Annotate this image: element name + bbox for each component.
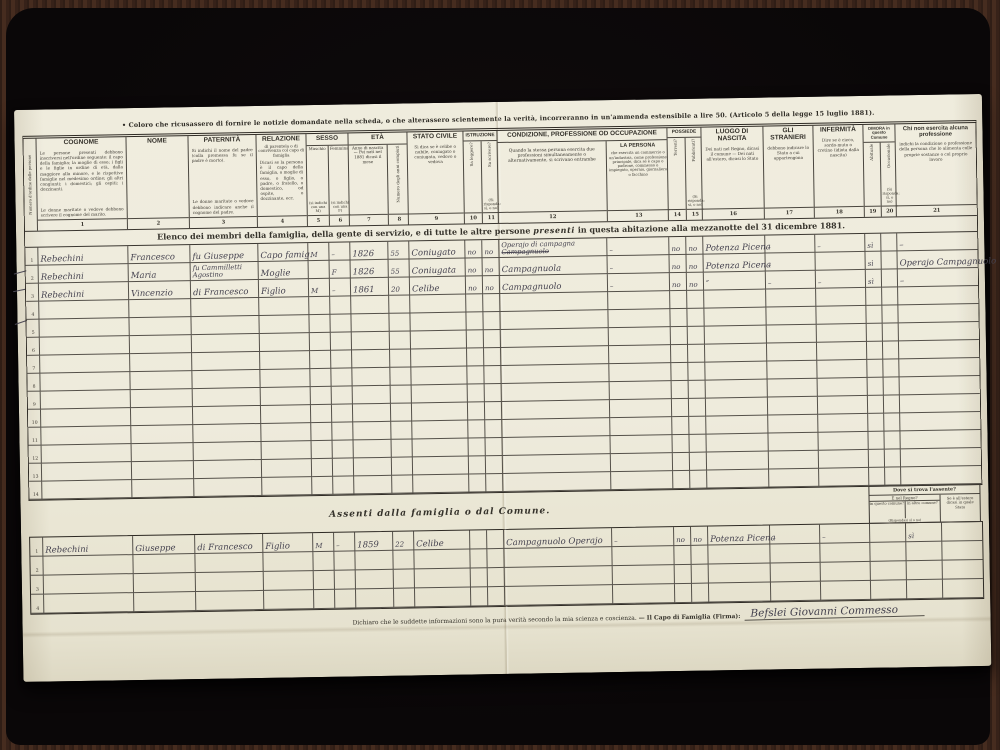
cell-f: [332, 404, 353, 422]
cell-anno: [353, 404, 391, 423]
cell-occ: [884, 377, 900, 395]
cell-anno: [353, 422, 391, 441]
cell-fabb: [690, 453, 707, 471]
cell-relazione: Figlio: [259, 279, 309, 298]
cell-anno: [354, 476, 392, 495]
col-chi-non-esercita: Chi non esercita alcuna professione indi…: [895, 123, 977, 216]
cell-stran: [771, 563, 821, 583]
cell-paternita: [193, 388, 261, 407]
cell-persona: [613, 565, 675, 585]
cell-paternita: [196, 591, 264, 611]
cell-abit: [869, 468, 885, 486]
cell-n: 5: [26, 320, 39, 338]
cell-abit: [866, 306, 882, 324]
cell-luogo: [707, 470, 769, 489]
cell-occ: [881, 251, 897, 269]
cell-abit: [869, 450, 885, 468]
cell-fabb: [690, 471, 707, 489]
cell-dove3: [942, 522, 982, 542]
cell-paternita: [193, 424, 261, 443]
cell-relazione: [261, 405, 311, 424]
cell-legge: no: [466, 276, 483, 294]
cell-nome: [131, 407, 193, 426]
col-group-condizione: CONDIZIONE, PROFESSIONE OD OCCUPAZIONE Q…: [497, 128, 669, 223]
col-terreni: Terreni? 14: [668, 138, 687, 220]
cell-persona: [609, 327, 671, 346]
cell-stato: [413, 457, 469, 476]
cell-nome: [134, 573, 196, 593]
cell-relazione: [262, 441, 312, 460]
cell-stato: Coniugato: [409, 241, 465, 260]
cell-anno: 1826: [350, 242, 388, 261]
col-luogo-nascita: LUOGO DI NASCITA Dei nati nel Regno, dic…: [701, 127, 765, 220]
cell-fabb: [692, 584, 709, 603]
cell-scrive: [486, 456, 503, 474]
cell-m: [310, 369, 331, 387]
cell-legge: [466, 294, 483, 312]
cell-scrive: [486, 474, 503, 492]
cell-f: [332, 386, 353, 404]
cell-inf: [818, 432, 868, 451]
cell-cognome: [42, 462, 132, 481]
cell-persona: [608, 309, 670, 328]
cell-chinon: [900, 376, 980, 395]
cell-fabb: [687, 291, 704, 309]
cell-stran: –: [770, 525, 820, 545]
cell-luogo: [704, 308, 766, 327]
cell-fabb: [689, 417, 706, 435]
cell-cognome: Rebechini: [43, 536, 133, 556]
cell-relazione: [262, 459, 312, 478]
cell-chinon: [899, 340, 979, 359]
cell-inf: [815, 252, 865, 271]
cell-f: [331, 332, 352, 350]
cell-abit: sì: [866, 270, 882, 288]
col-group-istruzione: ISTRUZIONE Sa leggere? 10 Sa scrivere? (…: [463, 131, 499, 224]
cell-cond: Operajo di campagnaCampagnuolo: [499, 238, 607, 258]
cell-relazione: [260, 351, 310, 370]
cell-fabb: [689, 399, 706, 417]
cell-abit: [868, 432, 884, 450]
cell-occ: [884, 413, 900, 431]
cell-f: –: [329, 242, 350, 260]
cell-scrive: [487, 549, 504, 568]
cell-stato: [411, 367, 467, 386]
cell-fabb: no: [687, 273, 704, 291]
cell-inf: [818, 414, 868, 433]
absent-rows: 1RebechiniGiuseppedi FrancescoFiglioM–18…: [30, 522, 983, 614]
cell-stato: [415, 587, 471, 607]
cell-paternita: [192, 334, 260, 353]
cell-paternita: di Francesco: [195, 534, 263, 554]
cell-anni: [390, 349, 411, 367]
cell-persona: –: [607, 237, 669, 256]
cell-cognome: [43, 555, 133, 575]
cell-n: 1: [30, 538, 43, 557]
cell-inf: –: [816, 270, 866, 289]
cell-nome: [131, 425, 193, 444]
cell-terreni: [675, 584, 692, 603]
cell-relazione: [260, 333, 310, 352]
cell-nome: Francesco: [128, 245, 190, 264]
cell-inf: [819, 468, 869, 487]
cell-abit: sì: [865, 234, 881, 252]
cell-relazione: [262, 477, 312, 496]
cell-anni: 22: [393, 531, 414, 550]
cell-nome: Maria: [129, 263, 191, 282]
col-abituale: Abituale 19: [864, 143, 882, 217]
cell-relazione: [260, 369, 310, 388]
cell-scrive: [487, 530, 504, 549]
cell-n: 2: [26, 266, 39, 284]
cell-anni: [394, 569, 415, 588]
cell-cognome: Rebechini: [38, 246, 128, 265]
cell-stran: [767, 325, 817, 344]
cell-inf: [818, 378, 868, 397]
cell-n: 10: [28, 410, 41, 428]
cell-anni: [390, 367, 411, 385]
cell-terreni: [670, 291, 687, 309]
cell-scrive: [483, 312, 500, 330]
cell-luogo: Potenza Picena: [708, 526, 770, 546]
cell-m: [311, 423, 332, 441]
cell-n: 13: [29, 464, 42, 482]
cell-inf: –: [820, 524, 870, 544]
cell-abit: [867, 324, 883, 342]
col-group-possiede: POSSIEDE Terreni? 14 Fabbricati? (Si ris…: [667, 128, 703, 221]
cell-persona: [611, 453, 673, 472]
cell-cond: [501, 328, 609, 348]
cell-terreni: [672, 399, 689, 417]
cell-fabb: [691, 546, 708, 565]
col-group-eta: ETÀ Anno di nascita — Pei nati nel 1881 …: [348, 132, 409, 225]
cell-chinon: [898, 286, 978, 305]
cell-fabb: [692, 565, 709, 584]
cell-relazione: Capo famig.: [258, 243, 308, 262]
cell-persona: –: [608, 255, 670, 274]
cell-abit: sì: [865, 252, 881, 270]
cell-cond: [504, 547, 612, 568]
cell-abit: [868, 378, 884, 396]
cell-stran: [767, 361, 817, 380]
cell-paternita: [194, 442, 262, 461]
cell-scrive: [483, 294, 500, 312]
cell-luogo: [709, 564, 771, 584]
cell-legge: [470, 549, 487, 568]
cell-chinon: –: [897, 232, 977, 251]
cell-nome: Giuseppe: [133, 535, 195, 555]
col-femmina: Femmina (si indichi con una F) 6: [329, 145, 351, 226]
cell-anni: 55: [389, 259, 410, 277]
col-infermita: INFERMITÀ Dire se è cieco, sordo-muto o …: [813, 125, 865, 218]
cell-n: 7: [27, 356, 40, 374]
cell-m: [309, 315, 330, 333]
cell-occ: [882, 269, 898, 287]
cell-stato: [412, 403, 468, 422]
cell-occ: [883, 359, 899, 377]
cell-paternita: [191, 316, 259, 335]
cell-anno: [352, 350, 390, 369]
cell-cognome: [40, 336, 130, 355]
cell-inf: [821, 581, 871, 601]
cell-cond: [505, 585, 613, 606]
cell-paternita: fu Giuseppe: [190, 244, 258, 263]
cell-dove2: sì: [906, 523, 942, 543]
cell-chinon: [901, 466, 981, 485]
cell-scrive: [484, 330, 501, 348]
cell-luogo: [706, 398, 768, 417]
cell-cognome: [40, 372, 130, 391]
cell-stran: [768, 379, 818, 398]
cell-occ: [885, 467, 901, 485]
cell-n: 11: [28, 428, 41, 446]
cell-terreni: [672, 435, 689, 453]
col-sa-leggere: Sa leggere? 10: [464, 141, 483, 223]
cell-stran: [766, 307, 816, 326]
cell-f: [335, 589, 356, 608]
cell-anno: [356, 570, 394, 590]
cell-chinon: Operajo Campagnuolo: [897, 250, 977, 269]
cell-cond: [501, 346, 609, 366]
cell-m: [314, 590, 335, 609]
cell-inf: [817, 342, 867, 361]
cell-m: M: [313, 533, 334, 552]
cell-anno: [352, 368, 390, 387]
cell-cognome: [40, 354, 130, 373]
cell-m: [312, 477, 333, 495]
cell-f: [331, 350, 352, 368]
cell-paternita: di Francesco: [191, 280, 259, 299]
cell-terreni: no: [670, 273, 687, 291]
cell-terreni: no: [669, 255, 686, 273]
cell-inf: [819, 450, 869, 469]
absent-table: 1RebechiniGiuseppedi FrancescoFiglioM–18…: [29, 521, 984, 615]
cell-m: [313, 552, 334, 571]
cell-legge: [469, 438, 486, 456]
cell-stran: [771, 582, 821, 602]
col-anni-compiuti: Numero degli anni compiuti 8: [388, 144, 410, 225]
col-condizione-note: Quando la stessa persona esercita due pr…: [498, 141, 608, 223]
cell-m: [309, 261, 330, 279]
cell-anni: [392, 475, 413, 493]
cell-nome: [132, 479, 194, 498]
cell-persona: [609, 363, 671, 382]
cell-anno: [354, 458, 392, 477]
cell-dove3: [942, 541, 982, 561]
cell-m: [310, 351, 331, 369]
cell-m: [310, 333, 331, 351]
census-table: Numero d'ordine delle persone COGNOME Le…: [22, 120, 982, 501]
cell-stato: [413, 439, 469, 458]
cell-anno: 1861: [351, 278, 389, 297]
cell-persona: [613, 584, 675, 604]
cell-stran: [767, 343, 817, 362]
cell-paternita: [191, 298, 259, 317]
cell-anni: [391, 385, 412, 403]
cell-cognome: [44, 593, 134, 613]
photo-background: • Coloro che ricusassero di fornire le n…: [0, 0, 1000, 750]
cell-nome: [132, 461, 194, 480]
cell-anni: [391, 403, 412, 421]
cell-dove1: [870, 523, 906, 543]
col-cognome: COGNOME Le persone presenti debbono insc…: [36, 137, 128, 230]
cell-inf: [820, 543, 870, 563]
cell-scrive: [484, 348, 501, 366]
cell-stran: [766, 289, 816, 308]
cell-terreni: [675, 565, 692, 584]
cell-stran: –: [765, 235, 815, 254]
cell-terreni: [673, 453, 690, 471]
cell-inf: [821, 562, 871, 582]
cell-fabb: no: [686, 255, 703, 273]
cell-luogo: [706, 416, 768, 435]
cell-f: [331, 368, 352, 386]
cell-n: 12: [29, 446, 42, 464]
cell-dove2: [906, 542, 942, 562]
cell-dove3: [943, 579, 983, 599]
cell-relazione: [264, 571, 314, 591]
cell-persona: [608, 291, 670, 310]
cell-nome: Vincenzio: [129, 281, 191, 300]
cell-chinon: [900, 394, 980, 413]
cell-persona: [612, 546, 674, 566]
cell-nome: [129, 299, 191, 318]
cell-legge: [467, 348, 484, 366]
cell-paternita: fu CammillettiAgostino: [191, 262, 259, 281]
cell-cond: [503, 454, 611, 474]
cell-f: [333, 458, 354, 476]
col-num-label: Numero d'ordine delle persone: [27, 155, 33, 215]
cell-chinon: [900, 430, 980, 449]
cell-relazione: [264, 590, 314, 610]
cell-scrive: [484, 366, 501, 384]
cell-relazione: Moglie: [259, 261, 309, 280]
cell-cond: Campagnuolo Operajo: [504, 528, 612, 549]
cell-fabb: [689, 435, 706, 453]
cell-m: [311, 405, 332, 423]
cell-anno: [351, 314, 389, 333]
cell-m: M: [309, 279, 330, 297]
cell-m: [312, 441, 333, 459]
cell-anni: [393, 550, 414, 569]
cell-cond: [503, 472, 611, 492]
col-anno-nascita: Anno di nascita — Pei nati nel 1881 dica…: [349, 145, 389, 226]
cell-f: [333, 440, 354, 458]
cell-scrive: [485, 420, 502, 438]
cell-cognome: [44, 574, 134, 594]
cell-occ: [882, 287, 898, 305]
cell-legge: no: [465, 240, 482, 258]
cell-stran: [769, 451, 819, 470]
cell-relazione: [259, 297, 309, 316]
cell-stran: [770, 544, 820, 564]
cell-fabb: [687, 309, 704, 327]
cell-legge: [469, 456, 486, 474]
cell-anni: [394, 588, 415, 607]
cell-chinon: [900, 412, 980, 431]
cell-occ: [884, 395, 900, 413]
cell-occ: [885, 449, 901, 467]
cell-f: [332, 422, 353, 440]
cell-cognome: [39, 300, 129, 319]
cell-f: F: [330, 260, 351, 278]
cell-chinon: [899, 358, 979, 377]
cell-inf: [817, 324, 867, 343]
cell-persona: [610, 381, 672, 400]
cell-f: –: [334, 532, 355, 551]
cell-scrive: no: [483, 258, 500, 276]
cell-stato: [411, 349, 467, 368]
cell-occ: [881, 233, 897, 251]
cell-n: 14: [29, 482, 42, 500]
cell-stran: [769, 469, 819, 488]
cell-dove2: [907, 561, 943, 581]
cell-anno: [351, 296, 389, 315]
cell-occ: [882, 305, 898, 323]
cell-nome: [131, 389, 193, 408]
cell-stran: [768, 415, 818, 434]
cell-legge: [467, 330, 484, 348]
cell-luogo: [704, 290, 766, 309]
cell-anni: [391, 421, 412, 439]
cell-legge: no: [466, 258, 483, 276]
col-maschio: Maschio (si indichi con una M) 5: [307, 146, 330, 227]
cell-stato: [415, 568, 471, 588]
cell-paternita: [196, 572, 264, 592]
cell-scrive: [488, 587, 505, 606]
cell-anno: 1859: [355, 532, 393, 552]
cell-relazione: Figlio: [263, 533, 313, 553]
cell-relazione: [261, 423, 311, 442]
cell-inf: [816, 288, 866, 307]
cell-persona: [610, 417, 672, 436]
cell-stato: Coniugata: [410, 259, 466, 278]
cell-dove2: [907, 580, 943, 600]
cell-fabb: [689, 381, 706, 399]
cell-luogo: [705, 326, 767, 345]
cell-terreni: [673, 471, 690, 489]
cell-legge: [466, 312, 483, 330]
cell-legge: [469, 474, 486, 492]
cell-abit: [867, 342, 883, 360]
cell-scrive: no: [483, 276, 500, 294]
cell-dove1: [871, 561, 907, 581]
col-paternita: PATERNITÀ Si indichi il nome del padre (…: [188, 135, 258, 228]
cell-terreni: [671, 345, 688, 363]
cell-stato: [412, 421, 468, 440]
cell-relazione: [259, 315, 309, 334]
cell-legge: [468, 420, 485, 438]
cell-luogo: [706, 434, 768, 453]
cell-n: 1: [25, 248, 38, 266]
cell-f: [330, 314, 351, 332]
cell-nome: [133, 554, 195, 574]
cell-stran: [768, 433, 818, 452]
cell-fabb: [688, 363, 705, 381]
cell-paternita: [192, 352, 260, 371]
cell-abit: [868, 396, 884, 414]
cell-anni: 55: [388, 241, 409, 259]
cell-m: [309, 297, 330, 315]
cell-luogo: [705, 362, 767, 381]
cell-stran: –: [766, 271, 816, 290]
cell-persona: [610, 399, 672, 418]
cell-n: 3: [31, 576, 44, 595]
cell-cond: [500, 310, 608, 330]
cell-abit: [867, 360, 883, 378]
cell-terreni: [672, 417, 689, 435]
cell-stato: [410, 295, 466, 314]
